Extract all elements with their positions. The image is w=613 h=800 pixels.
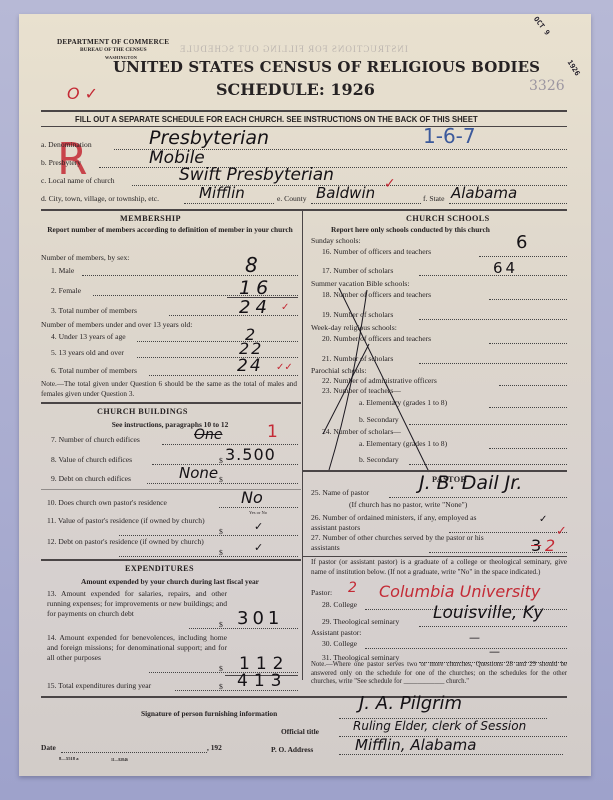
red-review-mark: O ✓ (67, 84, 98, 103)
instruction-line: FILL OUT A SEPARATE SCHEDULE FOR EACH CH… (75, 114, 478, 124)
state-field[interactable]: Alabama (451, 184, 517, 202)
signature-field[interactable]: J. A. Pilgrim (359, 693, 462, 714)
schools-subheading: Report here only schools conducted by th… (331, 225, 490, 234)
q8-label: 8. Value of church edifices (51, 455, 132, 464)
q17-sunday-scholars-field[interactable]: 64 (493, 259, 518, 277)
denomination-field[interactable]: Presbyterian (149, 127, 269, 149)
po-address-field[interactable]: Mifflin, Alabama (355, 736, 476, 754)
q13-label: 13. Amount expended for salaries, repair… (47, 589, 227, 619)
q15-label: 15. Total expenditures during year (47, 681, 151, 690)
buildings-heading: CHURCH BUILDINGS (97, 407, 188, 416)
membership-note: Note.—The total given under Question 6 s… (41, 380, 297, 399)
q29-label: 29. Theological seminary (322, 617, 399, 626)
q4-label: 4. Under 13 years of age (51, 332, 126, 341)
section-rule (41, 209, 567, 211)
q12-label: 12. Debt on pastor's residence (if owned… (47, 537, 227, 547)
city-label: d. City, town, village, or township, etc… (41, 194, 159, 203)
red-checkmark: ✓ (281, 302, 289, 313)
q26-label: 26. Number of ordained ministers, if any… (311, 513, 501, 533)
city-field[interactable]: Mifflin (199, 184, 245, 202)
q7-edifices-field[interactable]: One (194, 427, 223, 443)
q14-label: 14. Amount expended for benevolences, in… (47, 633, 227, 663)
red-checkmark: ✓✓ (276, 362, 293, 373)
q27-correction: 2 (545, 536, 555, 555)
q9-debt-field[interactable]: None (179, 464, 218, 482)
expenditures-heading: EXPENDITURES (125, 564, 194, 573)
crossed-out-marks (319, 284, 439, 474)
schools-heading: CHURCH SCHOOLS (406, 214, 490, 223)
q27-other-churches-field[interactable]: 3 (531, 536, 541, 555)
q6-label: 6. Total number of members (51, 366, 137, 375)
q28-label: 28. College (322, 600, 357, 609)
q30-college-field[interactable]: — (469, 631, 480, 644)
official-title-label: Official title (281, 727, 319, 736)
column-divider (302, 210, 303, 680)
q11-value-field[interactable]: ✓ (254, 520, 263, 533)
q8-value-field[interactable]: 3.500 (225, 445, 276, 464)
bureau-name: BUREAU OF THE CENSUS (80, 47, 147, 53)
buildings-subheading: See instructions, paragraphs 10 to 12 (39, 420, 301, 429)
q10-residence-field[interactable]: No (241, 488, 263, 507)
pastor-subheading: Pastor: (311, 588, 332, 597)
members-by-sex-label: Number of members, by sex: (41, 253, 129, 262)
signature-label: Signature of person furnishing informati… (141, 709, 277, 718)
q11-label: 11. Value of pastor's residence (if owne… (47, 516, 227, 526)
assistant-subheading: Assistant pastor: (311, 628, 361, 637)
q1-label: 1. Male (51, 266, 74, 275)
q7-correction: 1 (267, 422, 278, 442)
serial-number-stamp: 3326 (529, 78, 565, 94)
department-name: DEPARTMENT OF COMMERCE (57, 38, 169, 46)
red-checkmark: ✓ (556, 524, 567, 539)
header-rule (41, 110, 567, 112)
local-name-field[interactable]: Swift Presbyterian (179, 165, 334, 185)
q25-hint: (If church has no pastor, write "None") (349, 500, 467, 509)
q5-label: 5. 13 years old and over (51, 348, 124, 357)
footer-rule (41, 696, 567, 698)
q31-seminary-field[interactable]: — (489, 645, 500, 658)
q2-label: 2. Female (51, 286, 81, 295)
q28-prefix: 2 (348, 580, 357, 596)
q1-male-field[interactable]: 8 (245, 253, 258, 277)
local-name-label: c. Local name of church (41, 176, 115, 185)
q25-label: 25. Name of pastor (311, 488, 369, 497)
pastor-note: Note.—Where one pastor serves two or mor… (311, 661, 567, 687)
official-title-field[interactable]: Ruling Elder, clerk of Session (353, 719, 526, 733)
q2-female-field[interactable]: 16 (239, 277, 273, 299)
print-number: 11—92846 (111, 758, 128, 762)
members-by-age-label: Number of members under and over 13 year… (41, 320, 192, 329)
received-date-stamp: OCT 9 (532, 15, 551, 37)
q26-assistants-field[interactable]: ✓ (539, 514, 547, 525)
q15-total-field[interactable]: 413 (237, 671, 287, 691)
graduate-note: If pastor (or assistant pastor) is a gra… (311, 558, 567, 577)
date-field[interactable] (61, 752, 207, 753)
q6-total-field[interactable]: 24 (237, 356, 263, 376)
sunday-schools-label: Sunday schools: (311, 236, 361, 245)
show-through-text: INSTRUCTIONS FOR FILLING OUT SCHEDULE (179, 44, 408, 54)
q29-seminary-field[interactable]: Louisville, Ky (433, 603, 543, 623)
form-title: UNITED STATES CENSUS OF RELIGIOUS BODIES (113, 58, 540, 76)
q12-value-field[interactable]: ✓ (254, 541, 263, 554)
q28-college-field[interactable]: Columbia University (379, 582, 540, 601)
date-label: Date (41, 743, 56, 752)
handwritten-code: 1-6-7 (423, 124, 476, 148)
presbytery-label: b. Presbytery (41, 158, 81, 167)
q10-hint: Yes or No (249, 510, 267, 515)
received-year-stamp: 1926 (566, 59, 582, 78)
red-checkmark: ✓ (384, 176, 396, 192)
date-year-suffix: , 192 (207, 743, 222, 752)
expenditures-subheading: Amount expended by your church during la… (39, 577, 301, 586)
q30-label: 30. College (322, 639, 357, 648)
q16-label: 16. Number of officers and teachers (322, 247, 431, 256)
q3-total-field[interactable]: 24 (239, 297, 272, 318)
q13-running-expenses-field[interactable]: 301 (237, 608, 283, 629)
membership-heading: MEMBERSHIP (120, 214, 181, 223)
census-schedule-sheet: DEPARTMENT OF COMMERCE BUREAU OF THE CEN… (19, 14, 591, 776)
q16-sunday-teachers-field[interactable]: 6 (516, 232, 527, 253)
county-field[interactable]: Baldwin (316, 184, 375, 202)
schedule-year: SCHEDULE: 1926 (216, 80, 375, 99)
state-label: f. State (423, 194, 445, 203)
county-label: e. County (277, 194, 307, 203)
q17-label: 17. Number of scholars (322, 266, 393, 275)
denomination-label: a. Denomination (41, 140, 92, 149)
membership-subheading: Report number of members according to de… (39, 225, 301, 235)
po-address-label: P. O. Address (271, 745, 313, 754)
form-number: 8—5518 a (59, 756, 79, 761)
q9-label: 9. Debt on church edifices (51, 474, 131, 483)
q25-pastor-name-field[interactable]: J. B. Dail Jr. (419, 472, 522, 494)
q10-label: 10. Does church own pastor's residence (47, 498, 167, 507)
instruction-rule (41, 126, 567, 127)
q3-label: 3. Total number of members (51, 306, 137, 315)
q27-label: 27. Number of other churches served by t… (311, 533, 501, 553)
q7-label: 7. Number of church edifices (51, 435, 140, 444)
